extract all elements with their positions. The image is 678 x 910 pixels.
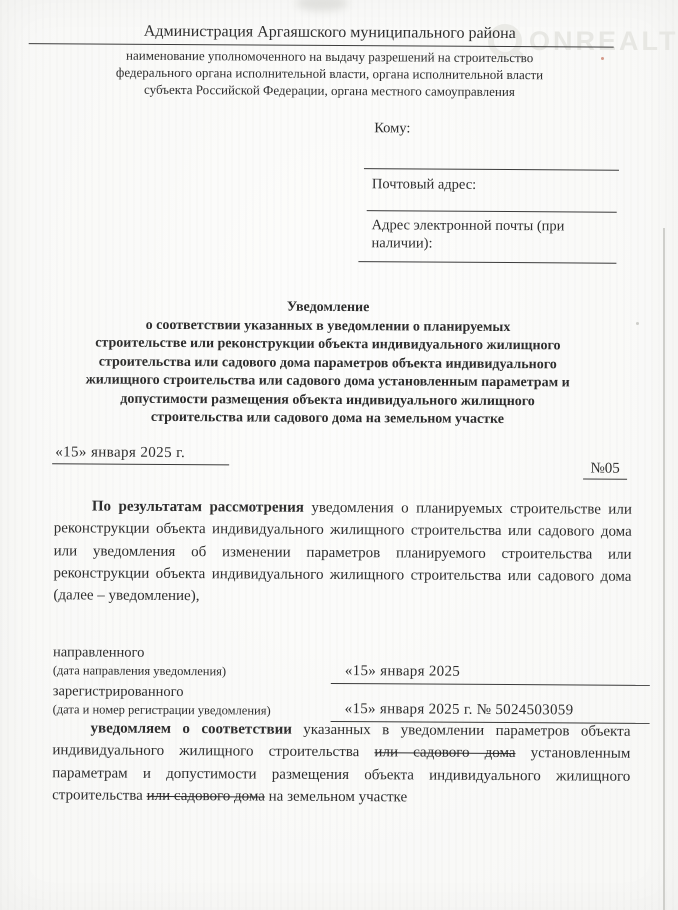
document-header: Администрация Аргаяшского муниципального…: [29, 21, 629, 101]
conclusion-paragraph-lead: уведомляем о соответствии: [90, 720, 291, 737]
document-number: №05: [583, 461, 627, 480]
document-date: «15» января 2025 г.: [52, 444, 229, 465]
conclusion-paragraph: уведомляем о соответствии указанных в ув…: [52, 717, 631, 810]
conclusion-text: на земельном участке: [265, 788, 407, 805]
registered-label: зарегистрированного: [53, 683, 184, 701]
recipient-block: Кому: Почтовый адрес: Адрес электронной …: [361, 115, 627, 117]
result-paragraph-body: уведомления о планируемых строительстве …: [53, 500, 632, 605]
notification-fields: направленного (дата направления уведомле…: [53, 642, 650, 646]
sent-caption: (дата направления уведомления): [53, 663, 226, 679]
result-paragraph-lead: По результатам рассмотрения: [92, 499, 304, 516]
document-content: Администрация Аргаяшского муниципального…: [0, 0, 678, 910]
title-line: строительства или садового дома на земел…: [27, 408, 627, 430]
struck-text: или садового дома: [147, 788, 265, 805]
postal-address-label: Почтовый адрес:: [372, 176, 476, 194]
title-line: жилищного строительства или садового дом…: [28, 371, 628, 393]
document-title: Уведомление о соответствии указанных в у…: [27, 297, 628, 430]
result-paragraph: По результатам рассмотрения уведомления …: [53, 495, 632, 610]
email-fill-line: [358, 261, 616, 264]
sent-label: направленного: [53, 644, 144, 662]
authority-name: Администрация Аргаяшского муниципального…: [30, 21, 630, 45]
document-page: ONREALT Администрация Аргаяшского муници…: [0, 0, 678, 910]
struck-text: или садового дома: [374, 745, 515, 762]
sent-date-value: «15» января 2025: [331, 663, 650, 686]
email-label: Адрес электронной почты (при наличии):: [371, 217, 599, 253]
to-label: Кому:: [374, 120, 410, 138]
postal-fill-line: [367, 210, 617, 213]
to-fill-line: [364, 168, 619, 171]
registered-caption: (дата и номер регистрации уведомления): [53, 702, 271, 718]
